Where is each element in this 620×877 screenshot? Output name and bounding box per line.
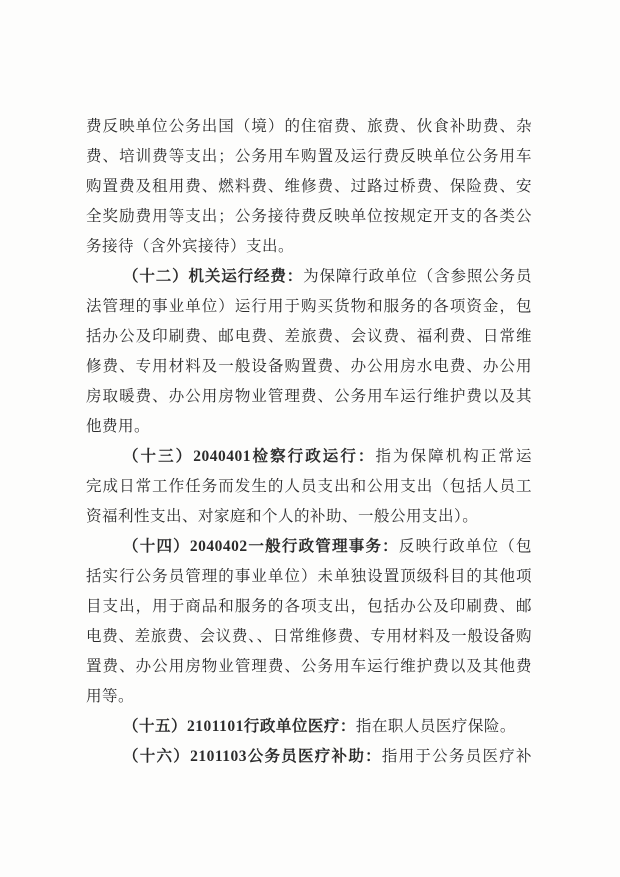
body-text-segment: 指在职人员医疗保险。 <box>356 718 516 735</box>
document-body: 费反映单位公务出国（境）的住宿费、旅费、伙食补助费、杂费、培训费等支出；公务用车… <box>86 112 532 772</box>
paragraph-carryover-line: 费、培训费等支出；公务用车购置及运行费反映单位公务用车 <box>86 142 532 172</box>
paragraph-item-14-line: （十四）2040402一般行政管理事务：反映行政单位（包 <box>86 532 532 562</box>
term-heading-segment: （十三）2040401检察行政运行： <box>123 448 375 465</box>
term-heading-segment: （十五）2101101行政单位医疗： <box>123 718 356 735</box>
paragraph-item-12-line: 法管理的事业单位）运行用于购买货物和服务的各项资金，包 <box>86 292 532 322</box>
paragraph-item-12-line: 房取暖费、办公用房物业管理费、公务用车运行维护费以及其 <box>86 382 532 412</box>
body-text-segment: 目支出，用于商品和服务的各项支出，包括办公及印刷费、邮 <box>86 598 532 615</box>
body-text-segment: 房取暖费、办公用房物业管理费、公务用车运行维护费以及其 <box>86 388 532 405</box>
paragraph-item-15-line: （十五）2101101行政单位医疗：指在职人员医疗保险。 <box>86 712 532 742</box>
body-text-segment: 费、培训费等支出；公务用车购置及运行费反映单位公务用车 <box>86 148 532 165</box>
term-heading-segment: （十四）2040402一般行政管理事务： <box>123 538 399 555</box>
body-text-segment: 购置费及租用费、燃料费、维修费、过路过桥费、保险费、安 <box>86 178 532 195</box>
paragraph-item-12-line: 修费、专用材料及一般设备购置费、办公用房水电费、办公用 <box>86 352 532 382</box>
paragraph-item-14-line: 括实行公务员管理的事业单位）未单独设置顶级科目的其他项 <box>86 562 532 592</box>
body-text-segment: 指用于公务员医疗补 <box>382 748 532 765</box>
body-text-segment: 全奖励费用等支出；公务接待费反映单位按规定开支的各类公 <box>86 208 532 225</box>
body-text-segment: 括办公及印刷费、邮电费、差旅费、会议费、福利费、日常维 <box>86 328 532 345</box>
body-text-segment: 置费、办公用房物业管理费、公务用车运行维护费以及其他费 <box>86 658 532 675</box>
body-text-segment: 他费用。 <box>86 418 150 435</box>
term-heading-segment: （十二）机关运行经费： <box>123 268 303 285</box>
paragraph-item-13-line: 完成日常工作任务而发生的人员支出和公用支出（包括人员工 <box>86 472 532 502</box>
scanned-document-page: 费反映单位公务出国（境）的住宿费、旅费、伙食补助费、杂费、培训费等支出；公务用车… <box>0 0 620 877</box>
paragraph-item-13-line: （十三）2040401检察行政运行：指为保障机构正常运转、 <box>86 442 532 472</box>
term-heading-segment: （十六）2101103公务员医疗补助： <box>123 748 382 765</box>
paragraph-item-12-line: 他费用。 <box>86 412 532 442</box>
body-text-segment: 完成日常工作任务而发生的人员支出和公用支出（包括人员工 <box>86 478 532 495</box>
paragraph-carryover-line: 全奖励费用等支出；公务接待费反映单位按规定开支的各类公 <box>86 202 532 232</box>
paragraph-item-14-line: 用等。 <box>86 682 532 712</box>
body-text-segment: 电费、差旅费、会议费、、日常维修费、专用材料及一般设备购 <box>86 628 532 645</box>
body-text-segment: 务接待（含外宾接待）支出。 <box>86 238 294 255</box>
body-text-segment: 括实行公务员管理的事业单位）未单独设置顶级科目的其他项 <box>86 568 532 585</box>
body-text-segment: 法管理的事业单位）运行用于购买货物和服务的各项资金，包 <box>86 298 532 315</box>
body-text-segment: 费反映单位公务出国（境）的住宿费、旅费、伙食补助费、杂 <box>86 118 532 135</box>
paragraph-carryover-line: 务接待（含外宾接待）支出。 <box>86 232 532 262</box>
paragraph-item-14-line: 目支出，用于商品和服务的各项支出，包括办公及印刷费、邮 <box>86 592 532 622</box>
paragraph-item-12-line: 括办公及印刷费、邮电费、差旅费、会议费、福利费、日常维 <box>86 322 532 352</box>
body-text-segment: 为保障行政单位（含参照公务员 <box>303 268 532 285</box>
paragraph-carryover-line: 购置费及租用费、燃料费、维修费、过路过桥费、保险费、安 <box>86 172 532 202</box>
paragraph-item-14-line: 电费、差旅费、会议费、、日常维修费、专用材料及一般设备购 <box>86 622 532 652</box>
paragraph-item-13-line: 资福利性支出、对家庭和个人的补助、一般公用支出）。 <box>86 502 532 532</box>
paragraph-carryover-line: 费反映单位公务出国（境）的住宿费、旅费、伙食补助费、杂 <box>86 112 532 142</box>
paragraph-item-14-line: 置费、办公用房物业管理费、公务用车运行维护费以及其他费 <box>86 652 532 682</box>
paragraph-item-16-line: （十六）2101103公务员医疗补助：指用于公务员医疗补 <box>86 742 532 772</box>
body-text-segment: 反映行政单位（包 <box>399 538 532 555</box>
body-text-segment: 修费、专用材料及一般设备购置费、办公用房水电费、办公用 <box>86 358 532 375</box>
body-text-segment: 用等。 <box>86 688 134 705</box>
paragraph-item-12-line: （十二）机关运行经费：为保障行政单位（含参照公务员 <box>86 262 532 292</box>
body-text-segment: 资福利性支出、对家庭和个人的补助、一般公用支出）。 <box>86 508 478 525</box>
